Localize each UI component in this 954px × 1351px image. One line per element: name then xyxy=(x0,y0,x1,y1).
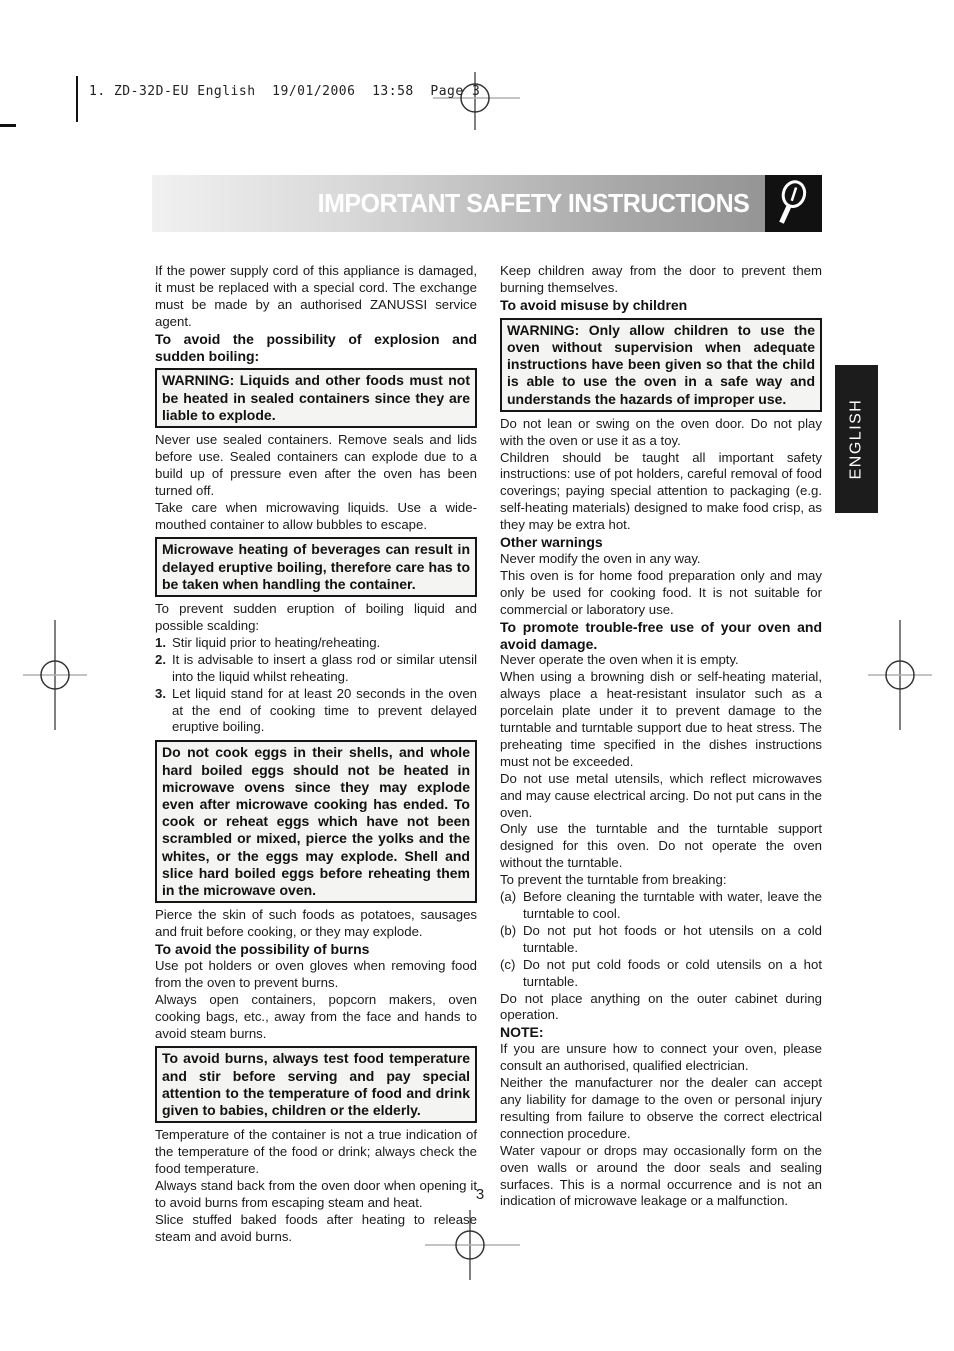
paragraph: Keep children away from the door to prev… xyxy=(500,263,822,297)
title-bar: IMPORTANT SAFETY INSTRUCTIONS xyxy=(152,175,822,232)
paragraph: Water vapour or drops may occasionally f… xyxy=(500,1143,822,1211)
list-item-text: Let liquid stand for at least 20 seconds… xyxy=(172,686,477,737)
numeric-list: 1.Stir liquid prior to heating/reheating… xyxy=(155,635,477,736)
edge-crop-tick xyxy=(0,124,16,127)
section-heading: To avoid misuse by children xyxy=(500,297,822,314)
warning-box: Microwave heating of beverages can resul… xyxy=(155,537,477,597)
section-heading: NOTE: xyxy=(500,1024,822,1041)
paragraph: Never operate the oven when it is empty. xyxy=(500,652,822,669)
section-heading: To avoid the possibility of explosion an… xyxy=(155,331,477,365)
paragraph: Use pot holders or oven gloves when remo… xyxy=(155,958,477,992)
section-heading: Other warnings xyxy=(500,534,822,551)
list-marker: (b) xyxy=(500,923,523,957)
list-item: 1.Stir liquid prior to heating/reheating… xyxy=(155,635,477,652)
alpha-list: (a)Before cleaning the turntable with wa… xyxy=(500,889,822,990)
page-number: 3 xyxy=(430,1186,530,1203)
list-item: (a)Before cleaning the turntable with wa… xyxy=(500,889,822,923)
list-marker: (a) xyxy=(500,889,523,923)
paragraph: Neither the manufacturer nor the dealer … xyxy=(500,1075,822,1143)
warning-box: Do not cook eggs in their shells, and wh… xyxy=(155,740,477,903)
list-marker: 1. xyxy=(155,635,172,652)
list-marker: 3. xyxy=(155,686,172,737)
print-header: 1. ZD-32D-EU English 19/01/2006 13:58 Pa… xyxy=(89,84,480,99)
paragraph: When using a browning dish or self-heati… xyxy=(500,669,822,770)
paragraph: This oven is for home food preparation o… xyxy=(500,568,822,619)
list-item: 2.It is advisable to insert a glass rod … xyxy=(155,652,477,686)
warning-box: WARNING: Liquids and other foods must no… xyxy=(155,368,477,428)
list-item-text: Do not put hot foods or hot utensils on … xyxy=(523,923,822,957)
list-item-text: Before cleaning the turntable with water… xyxy=(523,889,822,923)
paragraph: To prevent the turntable from breaking: xyxy=(500,872,822,889)
paragraph: Do not use metal utensils, which reflect… xyxy=(500,771,822,822)
list-item-text: It is advisable to insert a glass rod or… xyxy=(172,652,477,686)
paragraph: Always open containers, popcorn makers, … xyxy=(155,992,477,1043)
paragraph: Only use the turntable and the turntable… xyxy=(500,821,822,872)
magnifier-icon xyxy=(765,175,822,232)
paragraph: Children should be taught all important … xyxy=(500,450,822,535)
left-column: If the power supply cord of this applian… xyxy=(155,263,477,1246)
list-item-text: Stir liquid prior to heating/reheating. xyxy=(172,635,477,652)
section-heading: To promote trouble-free use of your oven… xyxy=(500,619,822,653)
list-marker: 2. xyxy=(155,652,172,686)
header-rule xyxy=(76,76,78,122)
list-item: (c)Do not put cold foods or cold utensil… xyxy=(500,957,822,991)
list-item: (b)Do not put hot foods or hot utensils … xyxy=(500,923,822,957)
warning-box: To avoid burns, always test food tempera… xyxy=(155,1046,477,1123)
paragraph: If the power supply cord of this applian… xyxy=(155,263,477,331)
section-heading: To avoid the possibility of burns xyxy=(155,941,477,958)
list-marker: (c) xyxy=(500,957,523,991)
paragraph: Do not place anything on the outer cabin… xyxy=(500,991,822,1025)
warning-box: WARNING: Only allow children to use the … xyxy=(500,318,822,412)
registration-mark-left xyxy=(0,615,115,735)
list-item-text: Do not put cold foods or cold utensils o… xyxy=(523,957,822,991)
paragraph: Take care when microwaving liquids. Use … xyxy=(155,500,477,534)
page-title: IMPORTANT SAFETY INSTRUCTIONS xyxy=(318,188,765,219)
paragraph: Temperature of the container is not a tr… xyxy=(155,1127,477,1178)
registration-mark-top xyxy=(415,40,535,160)
right-column: Keep children away from the door to prev… xyxy=(500,263,822,1210)
language-tab-label: ENGLISH xyxy=(848,399,866,480)
paragraph: Never modify the oven in any way. xyxy=(500,551,822,568)
paragraph: To prevent sudden eruption of boiling li… xyxy=(155,601,477,635)
list-item: 3.Let liquid stand for at least 20 secon… xyxy=(155,686,477,737)
manual-page: 1. ZD-32D-EU English 19/01/2006 13:58 Pa… xyxy=(0,0,954,1351)
paragraph: Pierce the skin of such foods as potatoe… xyxy=(155,907,477,941)
paragraph: If you are unsure how to connect your ov… xyxy=(500,1041,822,1075)
language-tab: ENGLISH xyxy=(835,365,878,513)
paragraph: Always stand back from the oven door whe… xyxy=(155,1178,477,1212)
paragraph: Slice stuffed baked foods after heating … xyxy=(155,1212,477,1246)
paragraph: Do not lean or swing on the oven door. D… xyxy=(500,416,822,450)
registration-mark-right xyxy=(840,615,954,735)
paragraph: Never use sealed containers. Remove seal… xyxy=(155,432,477,500)
